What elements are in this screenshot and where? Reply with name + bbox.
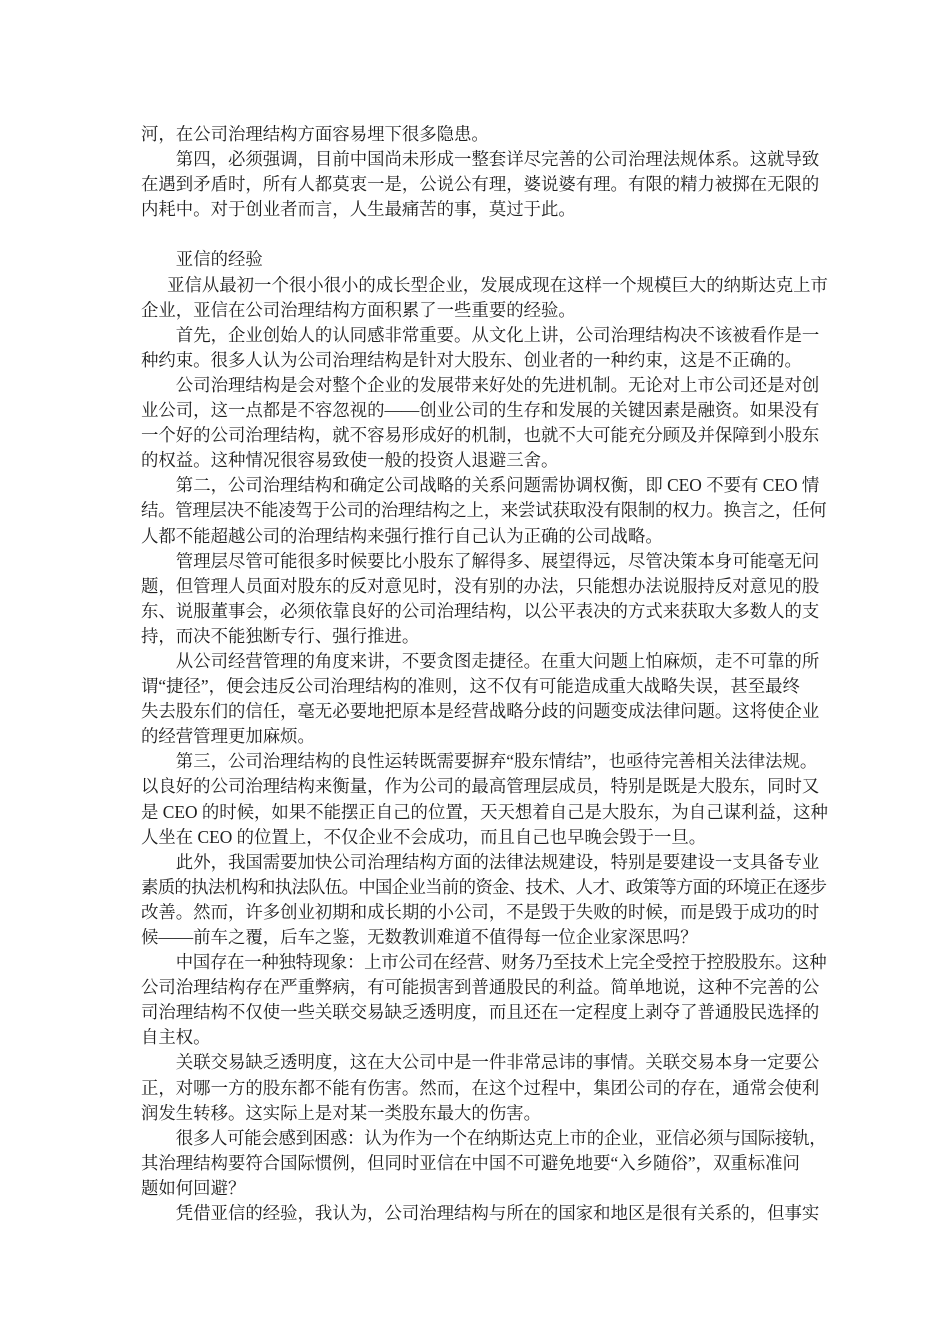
- text-line: 素质的执法机构和执法队伍。中国企业当前的资金、技术、人才、政策等方面的环境正在逐…: [141, 875, 827, 900]
- text-line: 题如何回避？: [141, 1176, 827, 1201]
- text-line: 失去股东们的信任，毫无必要地把原本是经营战略分歧的问题变成法律问题。这将使企业: [141, 699, 827, 724]
- section-heading: 亚信的经验: [141, 247, 827, 272]
- text-line: 的经营管理更加麻烦。: [141, 724, 827, 749]
- text-line: 其治理结构要符合国际惯例，但同时亚信在中国不可避免地要“入乡随俗”，双重标准问: [141, 1151, 827, 1176]
- text-line: 企业，亚信在公司治理结构方面积累了一些重要的经验。: [141, 298, 827, 323]
- text-line: 人坐在 CEO 的位置上，不仅企业不会成功，而且自己也早晚会毁于一旦。: [141, 825, 827, 850]
- text-area: 河，在公司治理结构方面容易埋下很多隐患。第四，必须强调，目前中国尚未形成一整套详…: [141, 122, 827, 1226]
- text-line: 以良好的公司治理结构来衡量，作为公司的最高管理层成员，特别是既是大股东，同时又: [141, 774, 827, 799]
- text-line: 关联交易缺乏透明度，这在大公司中是一件非常忌讳的事情。关联交易本身一定要公: [141, 1050, 827, 1075]
- text-line: 很多人可能会感到困惑：认为作为一个在纳斯达克上市的企业，亚信必须与国际接轨，: [141, 1126, 827, 1151]
- text-line: 在遇到矛盾时，所有人都莫衷一是，公说公有理，婆说婆有理。有限的精力被掷在无限的: [141, 172, 827, 197]
- text-line: 是 CEO 的时候，如果不能摆正自己的位置，天天想着自己是大股东，为自己谋利益，…: [141, 800, 827, 825]
- blank-line: [141, 222, 827, 247]
- text-line: 第四，必须强调，目前中国尚未形成一整套详尽完善的公司治理法规体系。这就导致: [141, 147, 827, 172]
- text-line: 自主权。: [141, 1025, 827, 1050]
- text-line: 凭借亚信的经验，我认为，公司治理结构与所在的国家和地区是很有关系的，但事实: [141, 1201, 827, 1226]
- text-line: 人都不能超越公司的治理结构来强行推行自己认为正确的公司战略。: [141, 524, 827, 549]
- text-line: 正，对哪一方的股东都不能有伤害。然而，在这个过程中，集团公司的存在，通常会使利: [141, 1076, 827, 1101]
- text-line: 河，在公司治理结构方面容易埋下很多隐患。: [141, 122, 827, 147]
- text-line: 中国存在一种独特现象：上市公司在经营、财务乃至技术上完全受控于控股股东。这种: [141, 950, 827, 975]
- text-line: 润发生转移。这实际上是对某一类股东最大的伤害。: [141, 1101, 827, 1126]
- text-line: 第二，公司治理结构和确定公司战略的关系问题需协调权衡，即 CEO 不要有 CEO…: [141, 473, 827, 498]
- text-line: 此外，我国需要加快公司治理结构方面的法律法规建设，特别是要建设一支具备专业: [141, 850, 827, 875]
- text-line: 从公司经营管理的角度来讲，不要贪图走捷径。在重大问题上怕麻烦，走不可靠的所: [141, 649, 827, 674]
- text-line: 业公司，这一点都是不容忽视的——创业公司的生存和发展的关键因素是融资。如果没有: [141, 398, 827, 423]
- text-line: 司治理结构不仅使一些关联交易缺乏透明度，而且还在一定程度上剥夺了普通股民选择的: [141, 1000, 827, 1025]
- text-line: 改善。然而，许多创业初期和成长期的小公司，不是毁于失败的时候，而是毁于成功的时: [141, 900, 827, 925]
- text-line: 题，但管理人员面对股东的反对意见时，没有别的办法，只能想办法说服持反对意见的股: [141, 574, 827, 599]
- text-line: 的权益。这种情况很容易致使一般的投资人退避三舍。: [141, 448, 827, 473]
- text-line: 公司治理结构存在严重弊病，有可能损害到普通股民的利益。简单地说，这种不完善的公: [141, 975, 827, 1000]
- text-line: 谓“捷径”，便会违反公司治理结构的准则，这不仅有可能造成重大战略失误，甚至最终: [141, 674, 827, 699]
- text-line: 东、说服董事会，必须依靠良好的公司治理结构，以公平表决的方式来获取大多数人的支: [141, 599, 827, 624]
- text-line: 持，而决不能独断专行、强行推进。: [141, 624, 827, 649]
- text-line: 种约束。很多人认为公司治理结构是针对大股东、创业者的一种约束，这是不正确的。: [141, 348, 827, 373]
- text-line: 亚信从最初一个很小很小的成长型企业，发展成现在这样一个规模巨大的纳斯达克上市: [141, 273, 827, 298]
- text-line: 一个好的公司治理结构，就不容易形成好的机制，也就不大可能充分顾及并保障到小股东: [141, 423, 827, 448]
- text-line: 候——前车之覆，后车之鉴，无数教训难道不值得每一位企业家深思吗？: [141, 925, 827, 950]
- text-line: 结。管理层决不能凌驾于公司的治理结构之上，来尝试获取没有限制的权力。换言之，任何: [141, 498, 827, 523]
- document-page: 河，在公司治理结构方面容易埋下很多隐患。第四，必须强调，目前中国尚未形成一整套详…: [0, 0, 950, 1344]
- text-line: 内耗中。对于创业者而言，人生最痛苦的事，莫过于此。: [141, 197, 827, 222]
- text-line: 管理层尽管可能很多时候要比小股东了解得多、展望得远，尽管决策本身可能毫无问: [141, 549, 827, 574]
- text-line: 公司治理结构是会对整个企业的发展带来好处的先进机制。无论对上市公司还是对创: [141, 373, 827, 398]
- text-line: 第三，公司治理结构的良性运转既需要摒弃“股东情结”，也亟待完善相关法律法规。: [141, 749, 827, 774]
- text-line: 首先，企业创始人的认同感非常重要。从文化上讲，公司治理结构决不该被看作是一: [141, 323, 827, 348]
